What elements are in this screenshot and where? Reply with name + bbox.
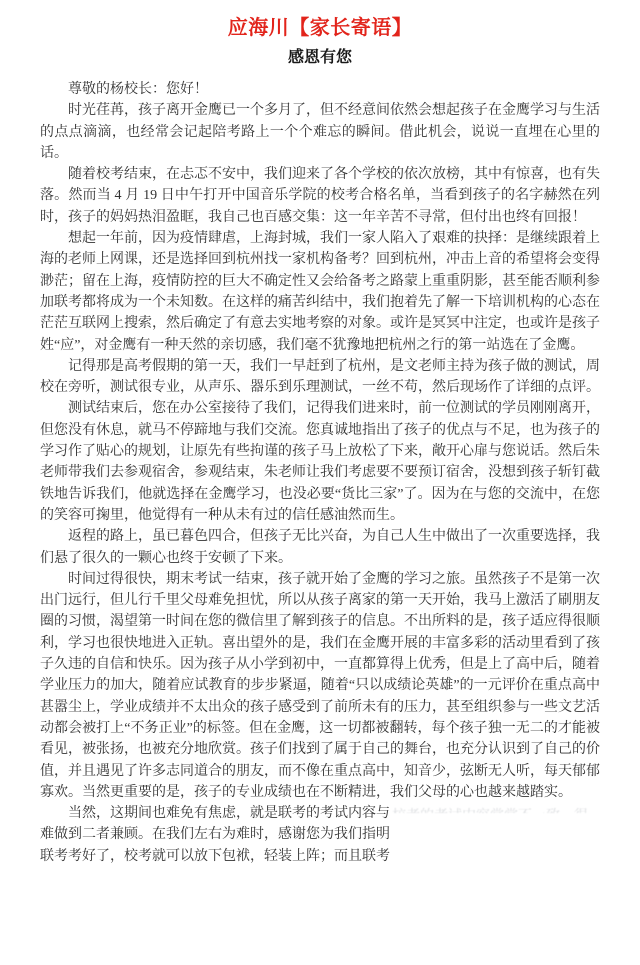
cutoff-line: 联考考好了，校考就可以放下包袱，轻装上阵；而且联考: [40, 846, 600, 867]
document-page: 应海川【家长寄语】 感恩有您 尊敬的杨校长：您好！ 时光荏苒，孩子离开金鹰已一个…: [0, 0, 640, 965]
paragraph: 测试结束后，您在办公室接待了我们，记得我们进来时，前一位测试的学员刚刚离开，但您…: [40, 398, 600, 526]
cutoff-line: 难做到二者兼顾。在我们左右为难时，感谢您为我们指明: [40, 824, 600, 845]
cutoff-paragraph: 当然，这期间也难免有焦虑，就是联考的考试内容与校考的考试内容常常不一致，很 难做…: [40, 803, 600, 867]
paragraph: 记得那是高考假期的第一天，我们一早赶到了杭州，是文老师主持为孩子做的测试，周校在…: [40, 356, 600, 399]
cutoff-line: 当然，这期间也难免有焦虑，就是联考的考试内容与校考的考试内容常常不一致，很: [40, 803, 600, 824]
cutoff-line-text: 当然，这期间也难免有焦虑，就是联考的考试内容与: [68, 806, 390, 821]
paragraph: 随着校考结束，在忐忑不安中，我们迎来了各个学校的依次放榜，其中有惊喜，也有失落。…: [40, 164, 600, 228]
page-title: 应海川【家长寄语】: [0, 0, 640, 41]
page-subtitle: 感恩有您: [0, 48, 640, 68]
greeting-line: 尊敬的杨校长：您好！: [40, 79, 600, 100]
letter-body: 尊敬的杨校长：您好！ 时光荏苒，孩子离开金鹰已一个多月了，但不经意间依然会想起孩…: [40, 79, 600, 867]
paragraph: 时光荏苒，孩子离开金鹰已一个多月了，但不经意间依然会想起孩子在金鹰学习与生活的点…: [40, 100, 600, 164]
faded-text-artifact: 校考的考试内容常常不一致，很: [392, 806, 588, 813]
paragraph: 想起一年前，因为疫情肆虐，上海封城，我们一家人陷入了艰难的抉择：是继续跟着上海的…: [40, 228, 600, 356]
paragraph: 时间过得很快，期末考试一结束，孩子就开始了金鹰的学习之旅。虽然孩子不是第一次出门…: [40, 569, 600, 803]
paragraph: 返程的路上，虽已暮色四合，但孩子无比兴奋，为自己人生中做出了一次重要选择，我们悬…: [40, 526, 600, 569]
